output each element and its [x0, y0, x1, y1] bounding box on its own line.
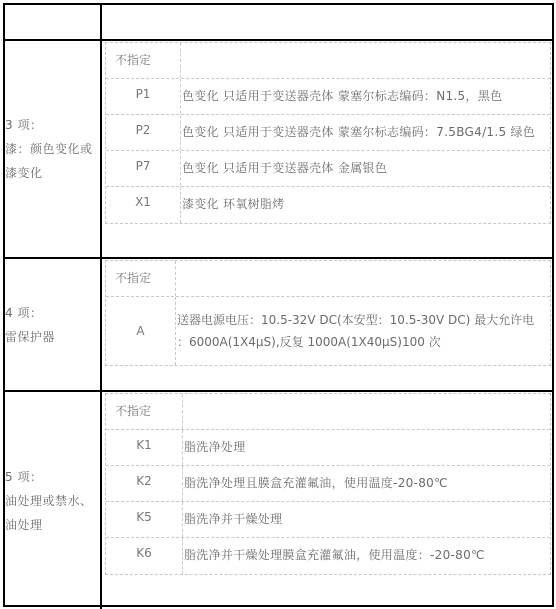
- section-label-line: 油处理或禁水、: [5, 489, 100, 513]
- option-code: K5: [106, 502, 183, 537]
- option-row: 不指定: [106, 394, 550, 430]
- option-desc: 脂洗净并干燥处理: [183, 502, 550, 537]
- option-row: P7 色变化 只适用于变送器壳体 金属银色: [106, 151, 550, 187]
- option-code: K2: [106, 466, 183, 501]
- option-row: 不指定: [106, 261, 550, 297]
- option-code: K1: [106, 430, 183, 465]
- section-label-line: 漆：颜色变化或: [5, 137, 100, 161]
- section-label-line: 3 项：: [5, 113, 100, 137]
- option-row: 不指定: [106, 43, 550, 79]
- option-desc: 色变化 只适用于变送器壳体 蒙塞尔标志编码：7.5BG4/1.5 绿色: [181, 115, 550, 150]
- option-code: 不指定: [106, 261, 176, 296]
- options-table: 不指定 P1 色变化 只适用于变送器壳体 蒙塞尔标志编码：N1.5，黑色 P2 …: [105, 42, 551, 224]
- option-desc: 送器电源电压：10.5-32V DC(本安型：10.5-30V DC) 最大允许…: [176, 297, 550, 365]
- header-row: [5, 5, 552, 41]
- section-label-line: 漆变化: [5, 161, 100, 185]
- option-desc-line: 送器电源电压：10.5-32V DC(本安型：10.5-30V DC) 最大允许…: [177, 309, 550, 331]
- option-desc: [181, 43, 550, 78]
- option-code: P2: [106, 115, 181, 150]
- options-table: 不指定 K1 脂洗净处理 K2 脂洗净处理且膜盒充灌氟油，使用温度-20-80℃…: [105, 393, 551, 575]
- option-desc: [176, 261, 550, 296]
- option-code: 不指定: [106, 394, 183, 429]
- option-code: 不指定: [106, 43, 181, 78]
- section-4-row: 4 项： 雷保护器 不指定 A 送器电源电压：10.5-32V DC(本安型：1…: [5, 259, 552, 392]
- header-left-cell: [5, 5, 102, 39]
- section-5-options: 不指定 K1 脂洗净处理 K2 脂洗净处理且膜盒充灌氟油，使用温度-20-80℃…: [104, 392, 552, 609]
- option-code: X1: [106, 187, 181, 223]
- option-row: P2 色变化 只适用于变送器壳体 蒙塞尔标志编码：7.5BG4/1.5 绿色: [106, 115, 550, 151]
- section-4-options: 不指定 A 送器电源电压：10.5-32V DC(本安型：10.5-30V DC…: [104, 259, 552, 390]
- option-row: K1 脂洗净处理: [106, 430, 550, 466]
- option-code: A: [106, 297, 176, 365]
- option-row: K6 脂洗净并干燥处理膜盒充灌氟油，使用温度：-20-80℃: [106, 538, 550, 574]
- option-row: P1 色变化 只适用于变送器壳体 蒙塞尔标志编码：N1.5，黑色: [106, 79, 550, 115]
- section-3-row: 3 项： 漆：颜色变化或 漆变化 不指定 P1 色变化 只适用于变送器壳体 蒙塞…: [5, 41, 552, 259]
- option-code: P1: [106, 79, 181, 114]
- option-code: P7: [106, 151, 181, 186]
- spec-table: 3 项： 漆：颜色变化或 漆变化 不指定 P1 色变化 只适用于变送器壳体 蒙塞…: [3, 3, 554, 607]
- section-4-label: 4 项： 雷保护器: [5, 259, 102, 390]
- section-label-line: 油处理: [5, 513, 100, 537]
- option-row: X1 漆变化 环氧树脂烤: [106, 187, 550, 223]
- header-right-cell: [104, 5, 552, 39]
- section-5-label: 5 项： 油处理或禁水、 油处理: [5, 392, 102, 609]
- section-label-line: 5 项：: [5, 465, 100, 489]
- options-table: 不指定 A 送器电源电压：10.5-32V DC(本安型：10.5-30V DC…: [105, 260, 551, 366]
- section-3-options: 不指定 P1 色变化 只适用于变送器壳体 蒙塞尔标志编码：N1.5，黑色 P2 …: [104, 41, 552, 257]
- option-desc-line: ：6000A(1X4μS),反复 1000A(1X40μS)100 次: [177, 331, 550, 353]
- section-label-line: 4 项：: [5, 301, 100, 325]
- option-desc: 色变化 只适用于变送器壳体 蒙塞尔标志编码：N1.5，黑色: [181, 79, 550, 114]
- option-desc: 脂洗净处理: [183, 430, 550, 465]
- option-desc: 脂洗净并干燥处理膜盒充灌氟油，使用温度：-20-80℃: [183, 538, 550, 574]
- section-3-label: 3 项： 漆：颜色变化或 漆变化: [5, 41, 102, 257]
- option-row: K2 脂洗净处理且膜盒充灌氟油，使用温度-20-80℃: [106, 466, 550, 502]
- section-label-line: 雷保护器: [5, 325, 100, 349]
- option-desc: 脂洗净处理且膜盒充灌氟油，使用温度-20-80℃: [183, 466, 550, 501]
- section-5-row: 5 项： 油处理或禁水、 油处理 不指定 K1 脂洗净处理 K2 脂洗净处理且膜…: [5, 392, 552, 609]
- option-desc: 色变化 只适用于变送器壳体 金属银色: [181, 151, 550, 186]
- option-desc: [183, 394, 550, 429]
- option-code: K6: [106, 538, 183, 574]
- option-row: K5 脂洗净并干燥处理: [106, 502, 550, 538]
- option-desc: 漆变化 环氧树脂烤: [181, 187, 550, 223]
- option-row: A 送器电源电压：10.5-32V DC(本安型：10.5-30V DC) 最大…: [106, 297, 550, 365]
